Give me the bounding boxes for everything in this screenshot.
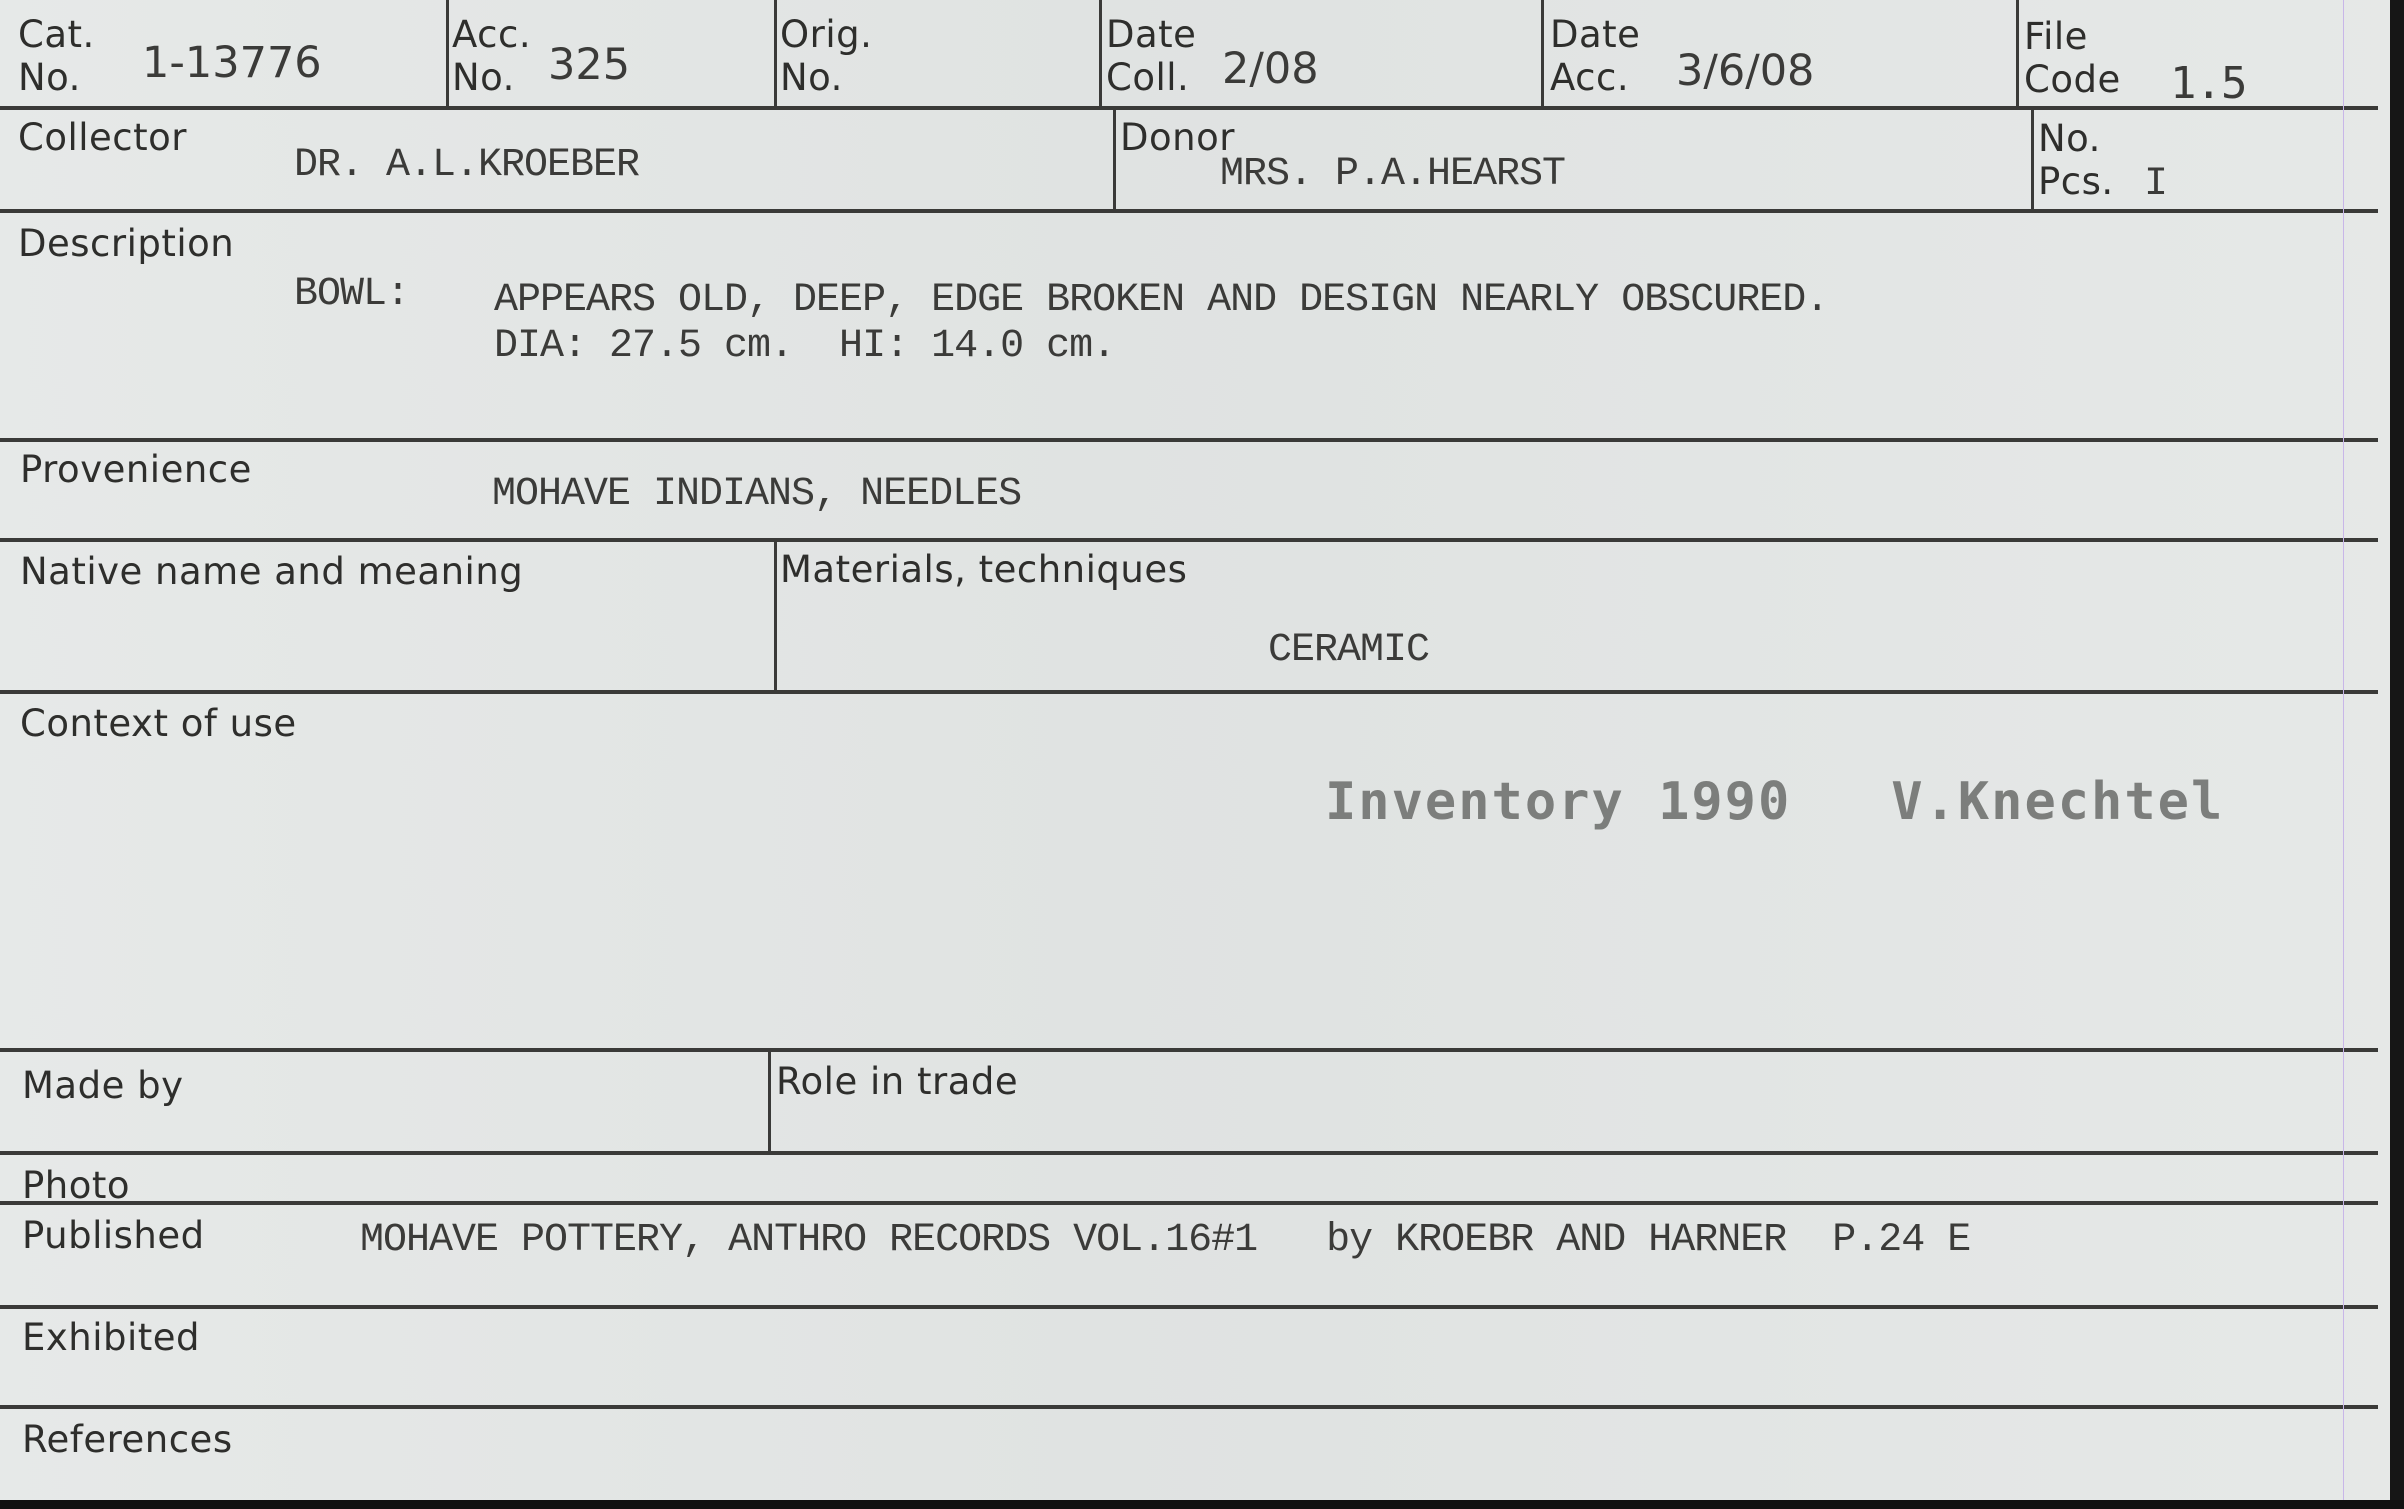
rule-description — [0, 438, 2378, 442]
divider-collector-donor — [1113, 108, 1116, 211]
divider-cat-acc — [446, 0, 449, 108]
catalog-card: Cat. No. 1-13776 Acc. No. 325 Orig. No. … — [0, 0, 2390, 1500]
cat-no-label: Cat. No. — [18, 14, 95, 99]
rule-published — [0, 1305, 2378, 1309]
references-label: References — [22, 1420, 233, 1461]
date-coll-label-line2: Coll. — [1106, 57, 1196, 100]
rule-native — [0, 690, 2378, 694]
rule-header — [0, 106, 2378, 110]
photo-label: Photo — [22, 1166, 130, 1207]
cat-label-line1: Cat. — [18, 14, 95, 57]
file-code-value: 1.5 — [2170, 58, 2246, 109]
acc-label-line1: Acc. — [452, 14, 531, 57]
divider-datecoll-dateacc — [1541, 0, 1544, 108]
rule-context — [0, 1048, 2378, 1052]
collector-label: Collector — [18, 118, 187, 159]
date-acc-value: 3/6/08 — [1676, 46, 1814, 96]
rule-exhibited — [0, 1405, 2378, 1409]
role-in-trade-label: Role in trade — [776, 1062, 1018, 1103]
published-label: Published — [22, 1216, 205, 1257]
pcs-label-line2: Pcs. — [2038, 161, 2114, 204]
made-by-label: Made by — [22, 1066, 184, 1107]
file-code-label: File Code — [2024, 16, 2121, 101]
file-label-line1: File — [2024, 16, 2121, 59]
divider-orig-datecoll — [1099, 0, 1102, 108]
description-object: BOWL: — [294, 272, 409, 317]
rule-photo — [0, 1201, 2378, 1205]
context-of-use-label: Context of use — [20, 704, 297, 745]
date-coll-label-line1: Date — [1106, 14, 1196, 57]
provenience-value: MOHAVE INDIANS, NEEDLES — [492, 472, 1021, 517]
divider-madeby-role — [768, 1050, 771, 1153]
orig-no-label: Orig. No. — [780, 14, 872, 99]
margin-line — [2343, 0, 2344, 1500]
rule-collector — [0, 209, 2378, 213]
date-coll-label: Date Coll. — [1106, 14, 1196, 99]
inventory-stamp: Inventory 1990 V.Knechtel — [1325, 772, 2224, 832]
rule-made-by — [0, 1151, 2378, 1155]
donor-label: Donor — [1120, 118, 1235, 159]
exhibited-label: Exhibited — [22, 1318, 200, 1359]
divider-donor-pcs — [2031, 108, 2034, 211]
card-edge-bottom — [0, 1500, 2404, 1509]
divider-dateacc-filecode — [2016, 0, 2019, 108]
divider-acc-orig — [774, 0, 777, 108]
orig-label-line1: Orig. — [780, 14, 872, 57]
native-name-label: Native name and meaning — [20, 552, 523, 593]
divider-native-materials — [774, 540, 777, 692]
no-pcs-label: No. Pcs. — [2038, 118, 2114, 203]
no-label-line1: No. — [2038, 118, 2114, 161]
cat-label-line2: No. — [18, 57, 95, 100]
materials-value: CERAMIC — [1268, 628, 1429, 673]
orig-label-line2: No. — [780, 57, 872, 100]
date-acc-label-line1: Date — [1550, 14, 1640, 57]
published-value: MOHAVE POTTERY, ANTHRO RECORDS VOL.16#1 … — [360, 1218, 1970, 1263]
acc-label-line2: No. — [452, 57, 531, 100]
date-coll-value: 2/08 — [1222, 44, 1319, 94]
date-acc-label: Date Acc. — [1550, 14, 1640, 99]
acc-no-label: Acc. No. — [452, 14, 531, 99]
description-label: Description — [18, 224, 234, 265]
card-edge-right — [2390, 0, 2404, 1509]
cat-no-value: 1-13776 — [142, 38, 322, 88]
collector-value: DR. A.L.KROEBER — [294, 143, 639, 188]
file-label-line2: Code — [2024, 59, 2121, 102]
materials-label: Materials, techniques — [780, 550, 1187, 591]
description-line2: DIA: 27.5 cm. HI: 14.0 cm. — [494, 324, 1115, 369]
date-acc-label-line2: Acc. — [1550, 57, 1640, 100]
description-line1: APPEARS OLD, DEEP, EDGE BROKEN AND DESIG… — [494, 278, 1828, 323]
rule-provenience — [0, 538, 2378, 542]
acc-no-value: 325 — [548, 40, 630, 90]
donor-value: MRS. P.A.HEARST — [1220, 152, 1565, 197]
provenience-label: Provenience — [20, 450, 252, 491]
no-pcs-value: I — [2144, 162, 2167, 207]
